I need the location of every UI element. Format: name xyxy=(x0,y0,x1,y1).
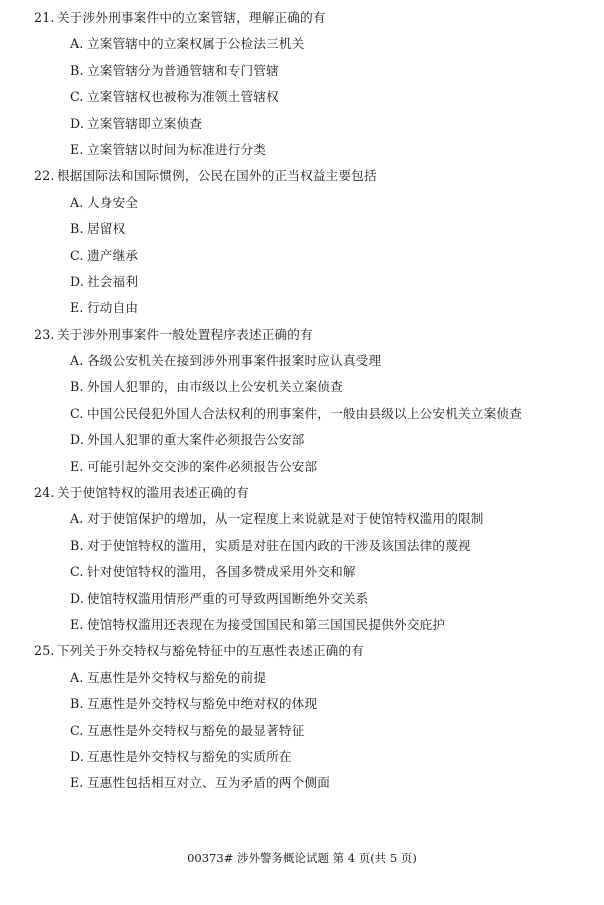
option-22-d: D.社会福利 xyxy=(0,269,604,295)
option-label: B. xyxy=(70,533,87,559)
option-label: A. xyxy=(70,348,87,374)
question-text: 根据国际法和国际惯例，公民在国外的正当权益主要包括 xyxy=(57,168,377,183)
option-24-b: B.对于使馆特权的滥用，实质是对驻在国内政的干涉及该国法律的蔑视 xyxy=(0,533,604,559)
page-footer: 00373# 涉外警务概论试题 第 4 页(共 5 页) xyxy=(0,848,604,868)
question-22: 22.根据国际法和国际惯例，公民在国外的正当权益主要包括 xyxy=(0,163,604,189)
option-25-c: C.互惠性是外交特权与豁免的最显著特征 xyxy=(0,718,604,744)
option-text: 对于使馆特权的滥用，实质是对驻在国内政的干涉及该国法律的蔑视 xyxy=(87,538,471,553)
option-text: 外国人犯罪的，由市级以上公安机关立案侦查 xyxy=(87,379,343,394)
option-label: C. xyxy=(70,84,87,110)
option-text: 人身安全 xyxy=(87,195,138,210)
option-23-e: E.可能引起外交交涉的案件必须报告公安部 xyxy=(0,454,604,480)
option-label: D. xyxy=(70,427,87,453)
option-text: 针对使馆特权的滥用，各国多赞成采用外交和解 xyxy=(87,564,356,579)
option-24-c: C.针对使馆特权的滥用，各国多赞成采用外交和解 xyxy=(0,559,604,585)
option-text: 外国人犯罪的重大案件必须报告公安部 xyxy=(87,432,305,447)
option-24-a: A.对于使馆保护的增加，从一定程度上来说就是对于使馆特权滥用的限制 xyxy=(0,506,604,532)
option-label: E. xyxy=(70,295,87,321)
question-text: 关于使馆特权的滥用表述正确的有 xyxy=(57,485,249,500)
option-label: B. xyxy=(70,691,87,717)
option-25-a: A.互惠性是外交特权与豁免的前提 xyxy=(0,665,604,691)
option-23-c: C.中国公民侵犯外国人合法权利的刑事案件，一般由县级以上公安机关立案侦查 xyxy=(0,401,604,427)
question-number: 24. xyxy=(34,480,57,506)
option-label: E. xyxy=(70,612,87,638)
option-25-b: B.互惠性是外交特权与豁免中绝对权的体现 xyxy=(0,691,604,717)
question-text: 下列关于外交特权与豁免特征中的互惠性表述正确的有 xyxy=(57,643,364,658)
option-label: E. xyxy=(70,770,87,796)
option-text: 各级公安机关在接到涉外刑事案件报案时应认真受理 xyxy=(87,353,381,368)
option-label: E. xyxy=(70,137,87,163)
option-23-d: D.外国人犯罪的重大案件必须报告公安部 xyxy=(0,427,604,453)
option-text: 使馆特权滥用情形严重的可导致两国断绝外交关系 xyxy=(87,591,368,606)
question-number: 22. xyxy=(34,163,57,189)
option-21-b: B.立案管辖分为普通管辖和专门管辖 xyxy=(0,58,604,84)
option-text: 居留权 xyxy=(87,221,125,236)
option-text: 社会福利 xyxy=(87,274,138,289)
option-label: D. xyxy=(70,586,87,612)
option-label: B. xyxy=(70,58,87,84)
question-24: 24.关于使馆特权的滥用表述正确的有 xyxy=(0,480,604,506)
question-21: 21.关于涉外刑事案件中的立案管辖，理解正确的有 xyxy=(0,5,604,31)
option-25-d: D.互惠性是外交特权与豁免的实质所在 xyxy=(0,744,604,770)
option-text: 互惠性是外交特权与豁免的最显著特征 xyxy=(87,723,305,738)
option-22-b: B.居留权 xyxy=(0,216,604,242)
option-label: D. xyxy=(70,269,87,295)
option-22-c: C.遗产继承 xyxy=(0,243,604,269)
option-text: 使馆特权滥用还表现在为接受国国民和第三国国民提供外交庇护 xyxy=(87,617,445,632)
option-label: B. xyxy=(70,374,87,400)
option-label: A. xyxy=(70,190,87,216)
question-list: 21.关于涉外刑事案件中的立案管辖，理解正确的有 A.立案管辖中的立案权属于公检… xyxy=(0,5,604,797)
option-label: A. xyxy=(70,31,87,57)
option-21-c: C.立案管辖权也被称为准领土管辖权 xyxy=(0,84,604,110)
option-label: C. xyxy=(70,559,87,585)
option-text: 行动自由 xyxy=(87,300,138,315)
option-label: C. xyxy=(70,243,87,269)
question-number: 23. xyxy=(34,322,57,348)
option-24-e: E.使馆特权滥用还表现在为接受国国民和第三国国民提供外交庇护 xyxy=(0,612,604,638)
option-text: 立案管辖权也被称为准领土管辖权 xyxy=(87,89,279,104)
option-21-d: D.立案管辖即立案侦查 xyxy=(0,111,604,137)
option-text: 互惠性是外交特权与豁免中绝对权的体现 xyxy=(87,696,317,711)
exam-page: 21.关于涉外刑事案件中的立案管辖，理解正确的有 A.立案管辖中的立案权属于公检… xyxy=(0,0,604,905)
option-22-e: E.行动自由 xyxy=(0,295,604,321)
option-label: C. xyxy=(70,718,87,744)
option-text: 互惠性是外交特权与豁免的前提 xyxy=(87,670,266,685)
option-label: A. xyxy=(70,665,87,691)
option-text: 中国公民侵犯外国人合法权利的刑事案件，一般由县级以上公安机关立案侦查 xyxy=(87,406,522,421)
option-text: 可能引起外交交涉的案件必须报告公安部 xyxy=(87,459,317,474)
option-label: A. xyxy=(70,506,87,532)
option-label: D. xyxy=(70,744,87,770)
option-25-e: E.互惠性包括相互对立、互为矛盾的两个侧面 xyxy=(0,770,604,796)
question-25: 25.下列关于外交特权与豁免特征中的互惠性表述正确的有 xyxy=(0,638,604,664)
option-23-a: A.各级公安机关在接到涉外刑事案件报案时应认真受理 xyxy=(0,348,604,374)
question-text: 关于涉外刑事案件一般处置程序表述正确的有 xyxy=(57,327,313,342)
question-number: 21. xyxy=(34,5,57,31)
option-label: E. xyxy=(70,454,87,480)
question-23: 23.关于涉外刑事案件一般处置程序表述正确的有 xyxy=(0,322,604,348)
option-24-d: D.使馆特权滥用情形严重的可导致两国断绝外交关系 xyxy=(0,586,604,612)
option-text: 对于使馆保护的增加，从一定程度上来说就是对于使馆特权滥用的限制 xyxy=(87,511,484,526)
option-text: 互惠性是外交特权与豁免的实质所在 xyxy=(87,749,292,764)
question-number: 25. xyxy=(34,638,57,664)
option-23-b: B.外国人犯罪的，由市级以上公安机关立案侦查 xyxy=(0,374,604,400)
option-text: 互惠性包括相互对立、互为矛盾的两个侧面 xyxy=(87,775,330,790)
option-21-a: A.立案管辖中的立案权属于公检法三机关 xyxy=(0,31,604,57)
option-label: B. xyxy=(70,216,87,242)
option-text: 立案管辖即立案侦查 xyxy=(87,116,202,131)
option-21-e: E.立案管辖以时间为标准进行分类 xyxy=(0,137,604,163)
option-text: 立案管辖中的立案权属于公检法三机关 xyxy=(87,36,305,51)
option-text: 遗产继承 xyxy=(87,248,138,263)
option-text: 立案管辖以时间为标准进行分类 xyxy=(87,142,266,157)
option-label: D. xyxy=(70,111,87,137)
option-label: C. xyxy=(70,401,87,427)
option-22-a: A.人身安全 xyxy=(0,190,604,216)
option-text: 立案管辖分为普通管辖和专门管辖 xyxy=(87,63,279,78)
question-text: 关于涉外刑事案件中的立案管辖，理解正确的有 xyxy=(57,10,326,25)
